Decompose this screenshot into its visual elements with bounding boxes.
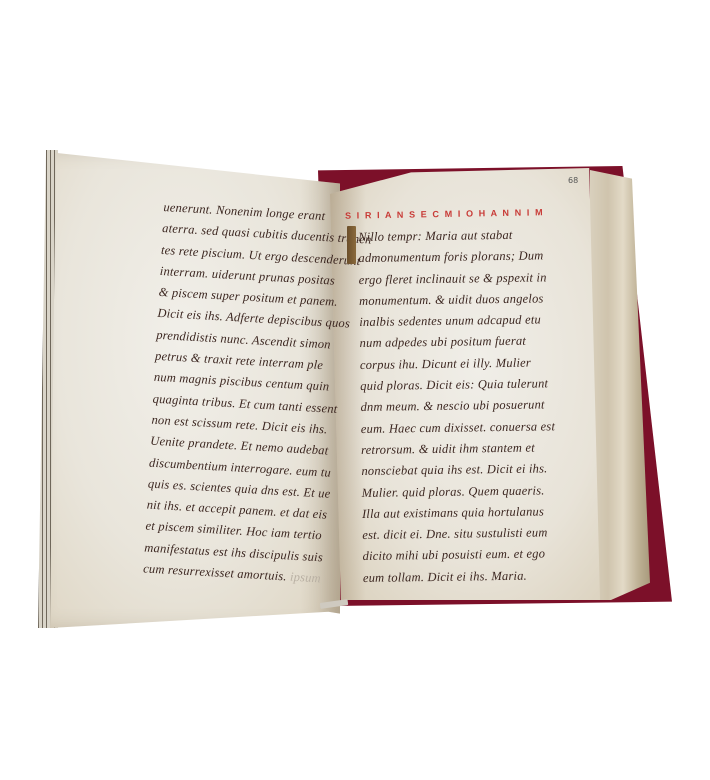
text-line: corpus ihu. Dicunt ei illy. Mulier — [360, 352, 555, 376]
text-line: num adpedes ubi positum fuerat — [359, 331, 554, 355]
text-line: Nillo tempr: Maria aut stabat — [358, 224, 553, 248]
text-line: dicito mihi ubi posuisti eum. et ego — [362, 544, 557, 568]
text-line-end: cum resurrexisset amortuis. — [143, 561, 287, 583]
faded-text: ipsum — [290, 570, 322, 586]
right-page-edges — [590, 170, 650, 600]
text-line: retrorsum. & uidit ihm stantem et — [361, 437, 556, 461]
text-line: eum tollam. Dicit ei ihs. Maria. — [363, 565, 558, 589]
folio-number: 68 — [568, 176, 578, 185]
text-line: nonsciebat quia ihs est. Dicit ei ihs. — [361, 459, 556, 483]
text-line: Mulier. quid ploras. Quem quaeris. — [362, 480, 557, 504]
text-line: monumentum. & uidit duos angelos — [359, 288, 554, 312]
text-line: admonumentum foris plorans; Dum — [358, 246, 553, 270]
right-page-text: Nillo tempr: Maria aut stabat admonument… — [358, 224, 557, 589]
text-line: eum. Haec cum dixisset. conuersa est — [361, 416, 556, 440]
manuscript-photo: 68 uenerunt. Nonenim longe erant aterra.… — [0, 0, 710, 780]
left-page-text: uenerunt. Nonenim longe erant aterra. se… — [143, 197, 374, 591]
decorated-initial — [347, 226, 356, 264]
text-line: ergo fleret inclinauit se & pspexit in — [359, 267, 554, 291]
text-line: Illa aut existimans quia hortulanus — [362, 501, 557, 525]
text-line: inalbis sedentes unum adcapud etu — [359, 309, 554, 333]
text-line: dnm meum. & nescio ubi posuerunt — [360, 395, 555, 419]
text-line: quid ploras. Dicit eis: Quia tulerunt — [360, 373, 555, 397]
text-line: est. dicit ei. Dne. situ sustulisti eum — [362, 522, 557, 546]
